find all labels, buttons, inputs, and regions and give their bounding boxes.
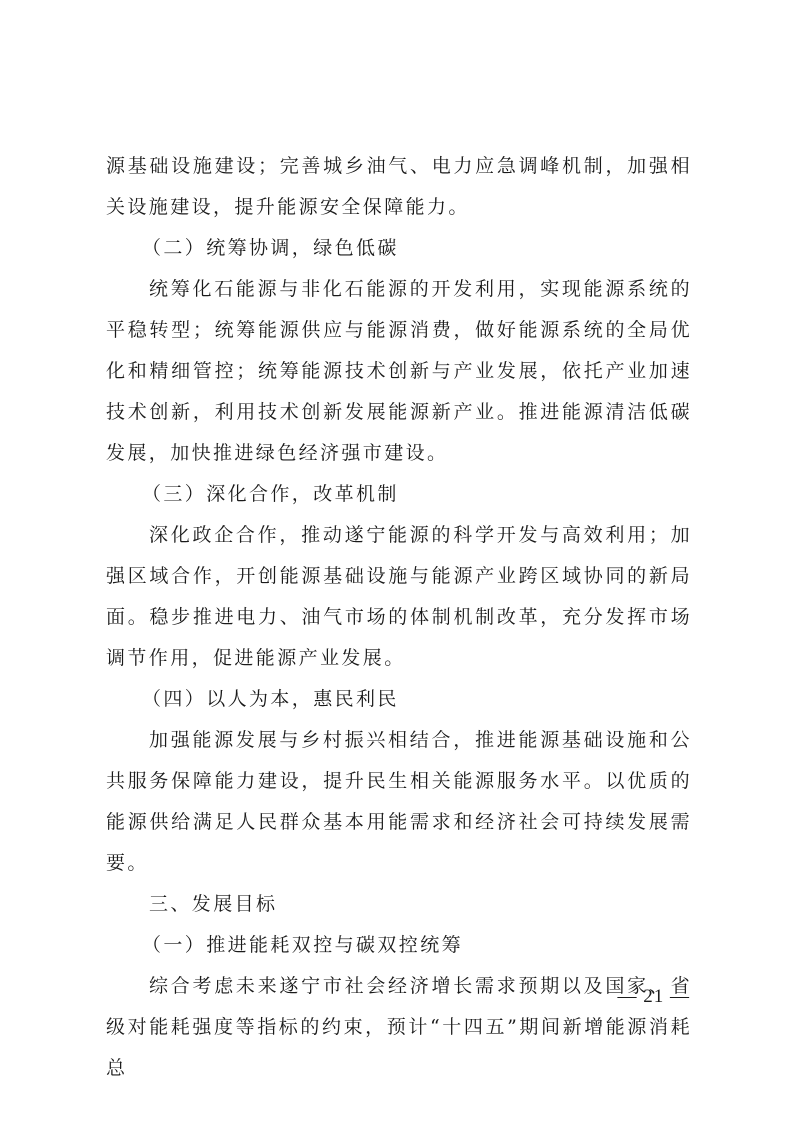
subheading-dual-control: （一）推进能耗双控与碳双控统筹 — [106, 925, 692, 966]
paragraph-dual-control: 综合考虑未来遂宁市社会经济增长需求预期以及国家、省级对能耗强度等指标的约束，预计… — [106, 966, 692, 1089]
subheading-coordination: （二）统筹协调，绿色低碳 — [106, 228, 692, 269]
subheading-cooperation: （三）深化合作，改革机制 — [106, 474, 692, 515]
paragraph-coordination: 统筹化石能源与非化石能源的开发利用，实现能源系统的平稳转型；统筹能源供应与能源消… — [106, 269, 692, 474]
document-page: 源基础设施建设；完善城乡油气、电力应急调峰机制，加强相关设施建设，提升能源安全保… — [0, 0, 793, 1122]
paragraph-continuation: 源基础设施建设；完善城乡油气、电力应急调峰机制，加强相关设施建设，提升能源安全保… — [106, 146, 692, 228]
paragraph-cooperation: 深化政企合作，推动遂宁能源的科学开发与高效利用；加强区域合作，开创能源基础设施与… — [106, 515, 692, 679]
paragraph-people-oriented: 加强能源发展与乡村振兴相结合，推进能源基础设施和公共服务保障能力建设，提升民生相… — [106, 720, 692, 884]
subheading-people-oriented: （四）以人为本，惠民利民 — [106, 679, 692, 720]
section-heading-goals: 三、发展目标 — [106, 884, 692, 925]
page-number: — 21 — — [618, 986, 691, 1008]
body-text: 源基础设施建设；完善城乡油气、电力应急调峰机制，加强相关设施建设，提升能源安全保… — [106, 146, 692, 1089]
